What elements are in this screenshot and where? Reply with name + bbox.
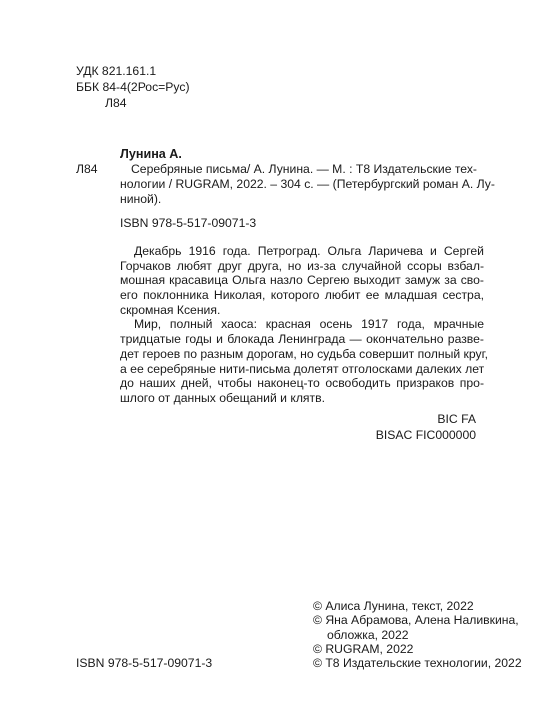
annotation-line: мошная красавица Ольга назло Сергею выхо… (120, 273, 484, 288)
annotation-line: скромная Ксения. (120, 303, 484, 318)
annotation-line: а ее серебряные нити-письма долетят отго… (120, 362, 484, 377)
biblio-line: ниной). (120, 192, 484, 207)
annotation-line: Мир, полный хаоса: красная осень 1917 го… (120, 317, 484, 332)
bic-code: BIC FA (376, 412, 476, 428)
record-code: Л84 (76, 162, 98, 177)
annotation-line: Декабрь 1916 года. Петроград. Ольга Лари… (120, 244, 484, 259)
copyright-line: © Яна Абрамова, Алена Наливкина, (313, 613, 522, 627)
annotation-line: его поклонника Николая, которого любит е… (120, 288, 484, 303)
biblio-line: нологии / RUGRAM, 2022. – 304 с. — (Пете… (120, 177, 484, 192)
isbn-footer: ISBN 978-5-517-09071-3 (76, 656, 212, 671)
subject-codes: BIC FA BISAC FIC000000 (376, 412, 476, 444)
annotation-line: шлого от данных обещаний и клятв. (120, 391, 484, 406)
classification-block: УДК 821.161.1 ББК 84-4(2Рос=Рус) Л84 (76, 64, 190, 112)
udk-code: УДК 821.161.1 (76, 64, 190, 80)
copyright-line: © Т8 Издательские технологии, 2022 (313, 656, 522, 670)
copyright-line: © RUGRAM, 2022 (313, 642, 522, 656)
annotation-line: тридцатые годы и блокада Ленинграда — ок… (120, 332, 484, 347)
copyright-block: © Алиса Лунина, текст, 2022 © Яна Абрамо… (313, 599, 522, 670)
annotation-line: Горчаков любят друг друга, но из-за случ… (120, 259, 484, 274)
bibliographic-description: Серебряные письма/ А. Лунина. — М. : Т8 … (120, 162, 484, 207)
author-mark: Л84 (76, 96, 190, 112)
record-author: Лунина А. (120, 147, 182, 162)
bisac-code: BISAC FIC000000 (376, 428, 476, 444)
copyright-line: обложка, 2022 (313, 628, 522, 642)
annotation-line: до наших дней, чтобы наконец-то освободи… (120, 376, 484, 391)
biblio-line: Серебряные письма/ А. Лунина. — М. : Т8 … (120, 162, 484, 177)
bbk-code: ББК 84-4(2Рос=Рус) (76, 80, 190, 96)
annotation-line: дет героев по разным дорогам, но судьба … (120, 347, 484, 362)
isbn-record: ISBN 978-5-517-09071-3 (120, 216, 256, 231)
annotation: Декабрь 1916 года. Петроград. Ольга Лари… (120, 244, 484, 406)
copyright-line: © Алиса Лунина, текст, 2022 (313, 599, 522, 613)
